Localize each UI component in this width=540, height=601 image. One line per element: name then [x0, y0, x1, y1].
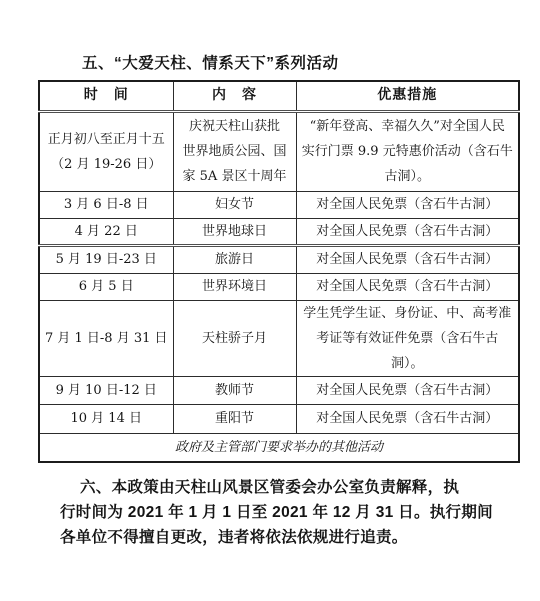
col-header-time: 时 间 [39, 81, 173, 111]
table-row: 10 月 14 日 重阳节 对全国人民免票（含石牛古洞） [39, 404, 519, 433]
content-cell: 庆祝天柱山获批 世界地质公园、国 家 5A 景区十周年 [173, 111, 296, 191]
time-cell: 10 月 14 日 [39, 404, 173, 433]
measure-cell: 对全国人民免票（含石牛古洞） [296, 404, 519, 433]
table-row: 9 月 10 日-12 日 教师节 对全国人民免票（含石牛古洞） [39, 376, 519, 404]
table-header-row: 时 间 内 容 优惠措施 [39, 81, 519, 111]
table-row: 6 月 5 日 世界环境日 对全国人民免票（含石牛古洞） [39, 273, 519, 300]
content-cell: 世界地球日 [173, 218, 296, 245]
table-row-other-activities: 政府及主管部门要求举办的其他活动 [39, 433, 519, 462]
col-header-content: 内 容 [173, 81, 296, 111]
content-cell: 妇女节 [173, 191, 296, 218]
time-cell: 3 月 6 日-8 日 [39, 191, 173, 218]
closing-line: 六、本政策由天柱山风景区管委会办公室负责解释，执 [60, 475, 510, 500]
content-cell: 教师节 [173, 376, 296, 404]
closing-line: 各单位不得擅自更改，违者将依法依规进行追责。 [60, 525, 510, 550]
content-cell: 重阳节 [173, 404, 296, 433]
section-title: 五、“大爱天柱、情系天下”系列活动 [82, 54, 540, 73]
time-cell: 7 月 1 日-8 月 31 日 [39, 300, 173, 376]
measure-cell: 对全国人民免票（含石牛古洞） [296, 245, 519, 273]
table-row: 7 月 1 日-8 月 31 日 天柱骄子月 学生凭学生证、身份证、中、高考准 … [39, 300, 519, 376]
measure-cell: 对全国人民免票（含石牛古洞） [296, 218, 519, 245]
table-row: 正月初八至正月十五 （2 月 19-26 日） 庆祝天柱山获批 世界地质公园、国… [39, 111, 519, 191]
activities-table: 时 间 内 容 优惠措施 正月初八至正月十五 （2 月 19-26 日） 庆祝天… [38, 80, 520, 463]
measure-cell: 对全国人民免票（含石牛古洞） [296, 273, 519, 300]
measure-cell: 对全国人民免票（含石牛古洞） [296, 191, 519, 218]
time-cell: 5 月 19 日-23 日 [39, 245, 173, 273]
content-cell: 旅游日 [173, 245, 296, 273]
measure-cell: “新年登高、幸福久久”对全国人民 实行门票 9.9 元特惠价活动（含石牛 古洞）… [296, 111, 519, 191]
col-header-measure: 优惠措施 [296, 81, 519, 111]
time-cell: 6 月 5 日 [39, 273, 173, 300]
time-cell: 正月初八至正月十五 （2 月 19-26 日） [39, 111, 173, 191]
table-row: 4 月 22 日 世界地球日 对全国人民免票（含石牛古洞） [39, 218, 519, 245]
table-row: 5 月 19 日-23 日 旅游日 对全国人民免票（含石牛古洞） [39, 245, 519, 273]
document-page: 五、“大爱天柱、情系天下”系列活动 时 间 内 容 优惠措施 正月初八至正月十五… [0, 0, 540, 601]
time-cell: 4 月 22 日 [39, 218, 173, 245]
content-cell: 世界环境日 [173, 273, 296, 300]
other-activities-cell: 政府及主管部门要求举办的其他活动 [39, 433, 519, 462]
closing-line: 行时间为 2021 年 1 月 1 日至 2021 年 12 月 31 日。执行… [60, 500, 510, 525]
table-row: 3 月 6 日-8 日 妇女节 对全国人民免票（含石牛古洞） [39, 191, 519, 218]
time-cell: 9 月 10 日-12 日 [39, 376, 173, 404]
measure-cell: 对全国人民免票（含石牛古洞） [296, 376, 519, 404]
content-cell: 天柱骄子月 [173, 300, 296, 376]
closing-paragraph: 六、本政策由天柱山风景区管委会办公室负责解释，执 行时间为 2021 年 1 月… [60, 475, 510, 550]
measure-cell: 学生凭学生证、身份证、中、高考准 考证等有效证件免票（含石牛古洞）。 [296, 300, 519, 376]
